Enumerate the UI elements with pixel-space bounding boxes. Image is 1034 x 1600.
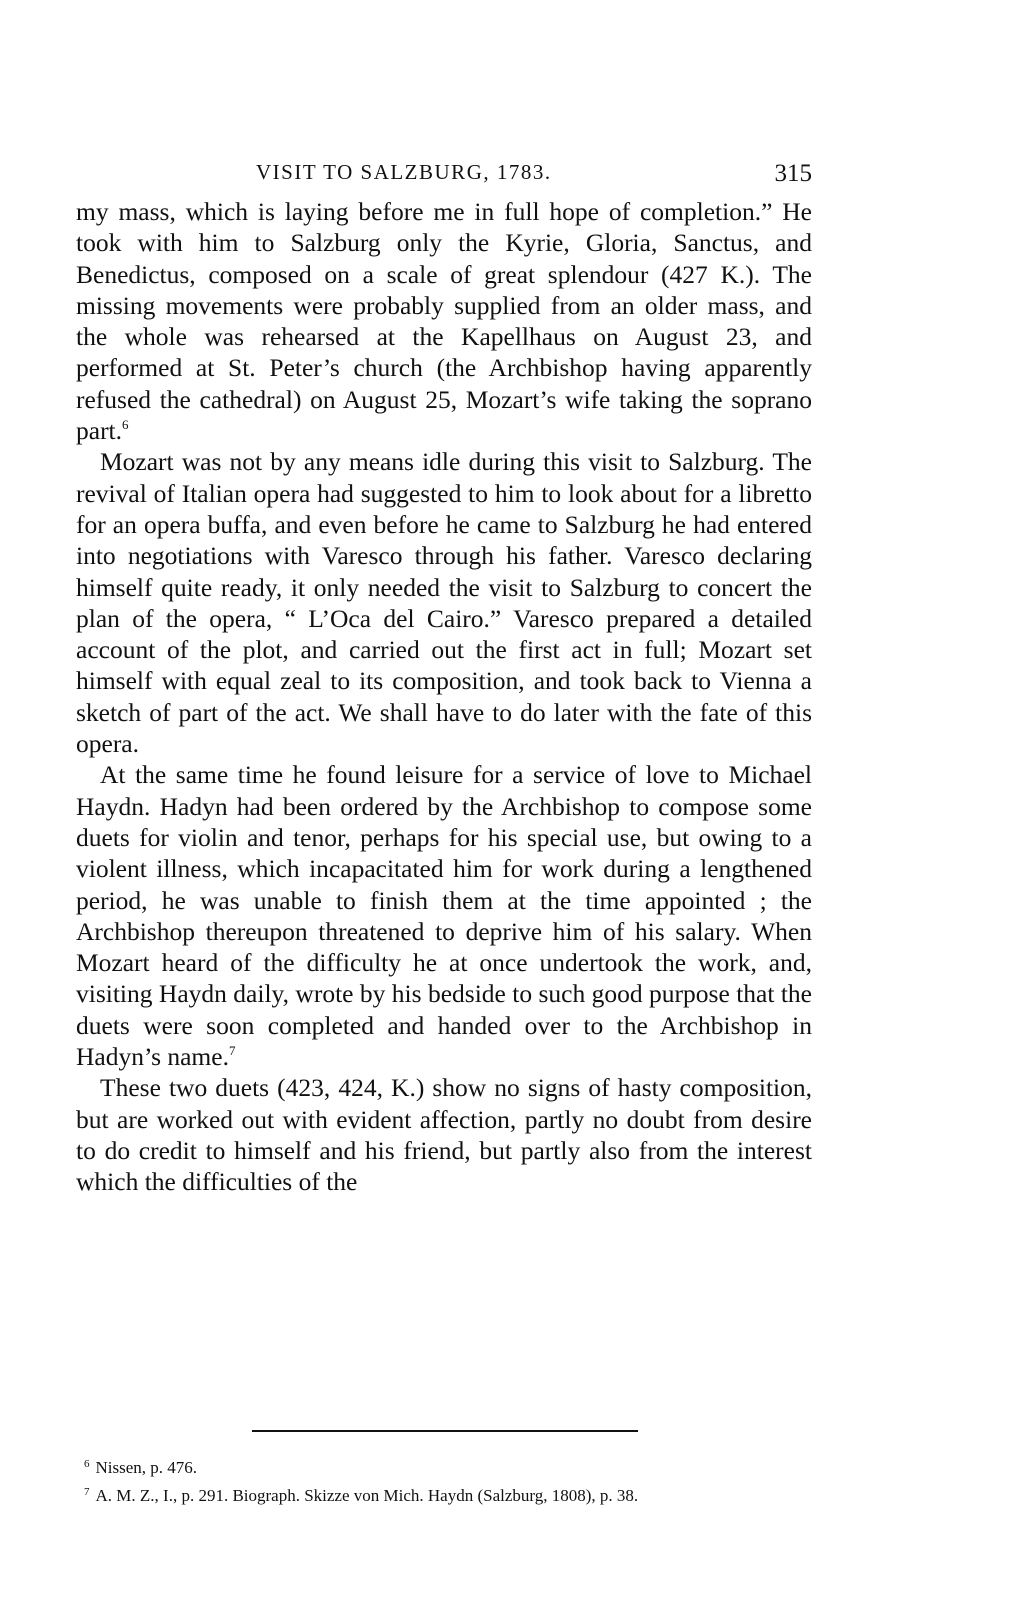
footnote-ref: 6 xyxy=(122,417,129,432)
footnote-ref: 7 xyxy=(229,1043,236,1058)
footnote-divider xyxy=(252,1430,638,1432)
book-page: VISIT TO SALZBURG, 1783. 315 my mass, wh… xyxy=(0,0,1034,1600)
footnote-marker: 6 xyxy=(84,1458,90,1470)
footnotes: 6Nissen, p. 476. 7A. M. Z., I., p. 291. … xyxy=(84,1454,824,1510)
paragraph: Mozart was not by any means idle during … xyxy=(76,446,812,759)
body-text: my mass, which is laying before me in fu… xyxy=(76,196,812,1198)
paragraph: my mass, which is laying before me in fu… xyxy=(76,196,812,446)
footnote-marker: 7 xyxy=(84,1486,90,1498)
page-number: 315 xyxy=(775,160,813,188)
footnote: 6Nissen, p. 476. xyxy=(84,1454,824,1482)
paragraph: At the same time he found leisure for a … xyxy=(76,759,812,1072)
footnote: 7A. M. Z., I., p. 291. Biograph. Skizze … xyxy=(84,1482,824,1510)
paragraph: These two duets (423, 424, K.) show no s… xyxy=(76,1072,812,1197)
running-head: VISIT TO SALZBURG, 1783. xyxy=(256,160,552,185)
page-header: VISIT TO SALZBURG, 1783. 315 xyxy=(76,160,812,194)
